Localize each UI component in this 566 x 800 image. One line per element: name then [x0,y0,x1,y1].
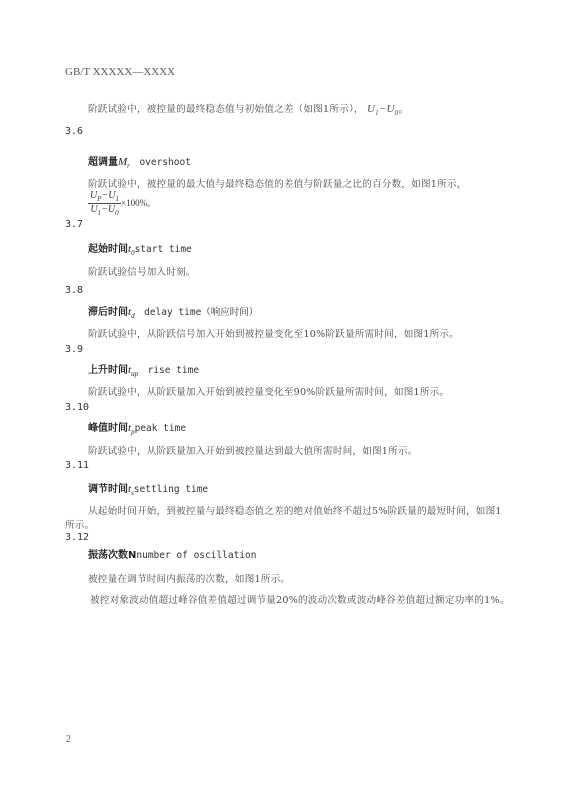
formula-fraction: UP−U1 U1−U0 [88,190,121,217]
term-heading-settling-time: 调节时间tssettling time [88,480,208,497]
term-zh: 超调量 [88,157,118,168]
term-description: 阶跃试验中，从阶跃量加入开始到被控量达到最大值所需时间，如图1所示。 [88,443,418,457]
term-heading-overshoot: 超调量Mr overshoot [88,153,191,170]
term-symbol: Mr [118,156,130,168]
intro-formula: U1−U0。 [367,103,410,115]
term-description: 阶跃试验信号加入时刻。 [88,264,196,278]
term-heading-rise-time: 上升时间tup rise time [88,361,199,378]
section-number-3-9: 3.9 [65,344,83,355]
section-number-3-12: 3.12 [65,532,89,543]
term-description-line1: 从起始时间开始，到被控量与最终稳态值之差的绝对值始终不超过5%阶跃量的最短时间，… [88,503,502,517]
term-description: 被控量在调节时间内振荡的次数，如图1所示。 [88,571,290,585]
overshoot-formula: UP−U1 U1−U0 ×100%。 [88,190,156,217]
section-number-3-11: 3.11 [65,460,89,471]
term-heading-start-time: 起始时间t0start time [88,240,192,257]
section-number-3-10: 3.10 [65,402,89,413]
term-note: 被控对象波动值超过峰谷值差值超过调节量20%的波动次数或波动峰谷差值超过额定功率… [90,592,510,606]
section-number-3-7: 3.7 [65,219,83,230]
term-en: overshoot [139,157,190,168]
term-description: 阶跃试验中，从阶跃量加入开始到被控量变化至90%阶跃量所需时间，如图1所示。 [88,384,449,398]
term-heading-peak-time: 峰值时间tppeak time [88,419,186,436]
term-heading-delay-time: 滞后时间td delay time（响应时间） [88,303,258,320]
term-description: 阶跃试验中，从阶跃信号加入开始到被控量变化至10%阶跃量所需时间，如图1所示。 [88,326,459,340]
section-number-3-6: 3.6 [65,126,83,137]
intro-paragraph: 阶跃试验中，被控量的最终稳态值与初始值之差（如图1所示）， U1−U0。 [88,100,410,117]
term-description-line2: 所示。 [65,517,94,531]
standard-code-header: GB/T XXXXX—XXXX [65,66,175,78]
section-number-3-8: 3.8 [65,285,83,296]
term-heading-number-of-oscillation: 振荡次数Nnumber of oscillation [88,546,256,561]
term-description: 阶跃试验中，被控量的最大值与最终稳态值的差值与阶跃量之比的百分数，如图1所示， [88,176,466,190]
intro-text: 阶跃试验中，被控量的最终稳态值与初始值之差（如图1所示）， [88,104,364,115]
page-number: 2 [66,734,71,745]
